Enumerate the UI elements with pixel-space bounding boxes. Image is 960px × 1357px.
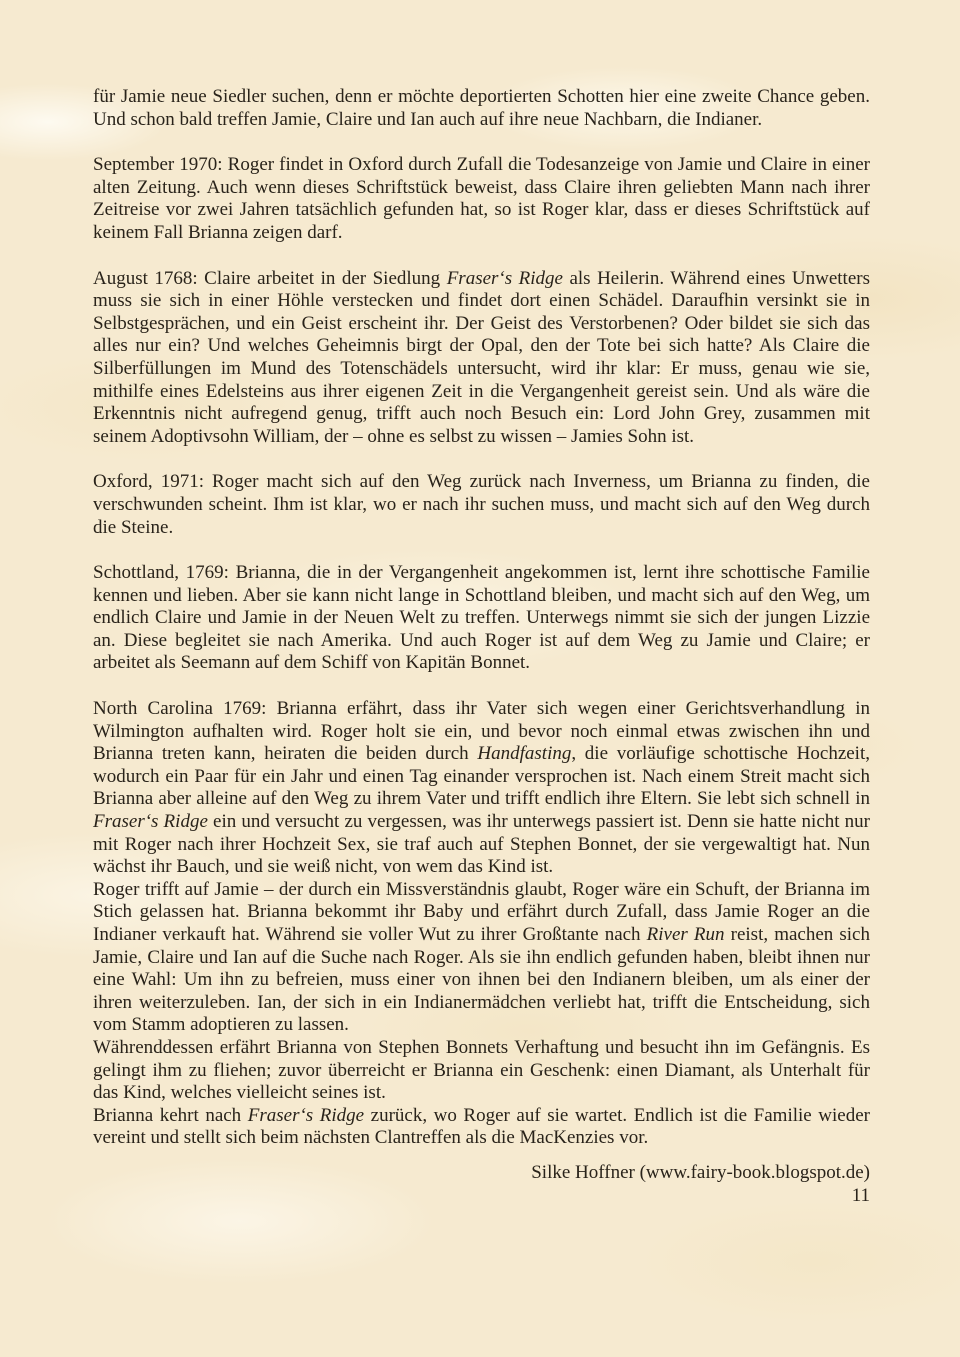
- italic-text-run: Fraser‘s Ridge: [248, 1105, 364, 1126]
- text-run: Oxford, 1971: Roger macht sich auf den W…: [93, 471, 870, 537]
- text-run: Brianna kehrt nach: [93, 1105, 248, 1126]
- page-body: für Jamie neue Siedler suchen, denn er m…: [93, 86, 870, 1150]
- text-run: für Jamie neue Siedler suchen, denn er m…: [93, 86, 870, 130]
- text-run: als Heilerin. Während eines Unwetters mu…: [93, 268, 870, 447]
- paragraph: Oxford, 1971: Roger macht sich auf den W…: [93, 471, 870, 539]
- paragraph: Schottland, 1769: Brianna, die in der Ve…: [93, 562, 870, 675]
- text-run: Schottland, 1769: Brianna, die in der Ve…: [93, 562, 870, 673]
- paragraph: Roger trifft auf Jamie – der durch ein M…: [93, 879, 870, 1037]
- page-text-block: für Jamie neue Siedler suchen, denn er m…: [93, 86, 870, 1207]
- italic-text-run: River Run: [647, 924, 725, 945]
- paragraph: August 1768: Claire arbeitet in der Sied…: [93, 268, 870, 449]
- text-run: August 1768: Claire arbeitet in der Sied…: [93, 268, 447, 289]
- paragraph: Währenddessen erfährt Brianna von Stephe…: [93, 1037, 870, 1105]
- page-number: 11: [93, 1185, 870, 1208]
- text-run: Währenddessen erfährt Brianna von Stephe…: [93, 1037, 870, 1103]
- paragraph: Brianna kehrt nach Fraser‘s Ridge zurück…: [93, 1105, 870, 1150]
- attribution: Silke Hoffner (www.fairy-book.blogspot.d…: [93, 1162, 870, 1185]
- italic-text-run: Handfasting: [477, 743, 571, 764]
- paragraph: September 1970: Roger findet in Oxford d…: [93, 154, 870, 244]
- text-run: September 1970: Roger findet in Oxford d…: [93, 154, 870, 243]
- italic-text-run: Fraser‘s Ridge: [93, 811, 208, 832]
- text-run: ein und versucht zu vergessen, was ihr u…: [93, 811, 870, 877]
- paragraph: für Jamie neue Siedler suchen, denn er m…: [93, 86, 870, 131]
- italic-text-run: Fraser‘s Ridge: [447, 268, 563, 289]
- scanned-document-page: { "page": { "colors": { "background": "#…: [0, 0, 960, 1357]
- paragraph: North Carolina 1769: Brianna erfährt, da…: [93, 698, 870, 879]
